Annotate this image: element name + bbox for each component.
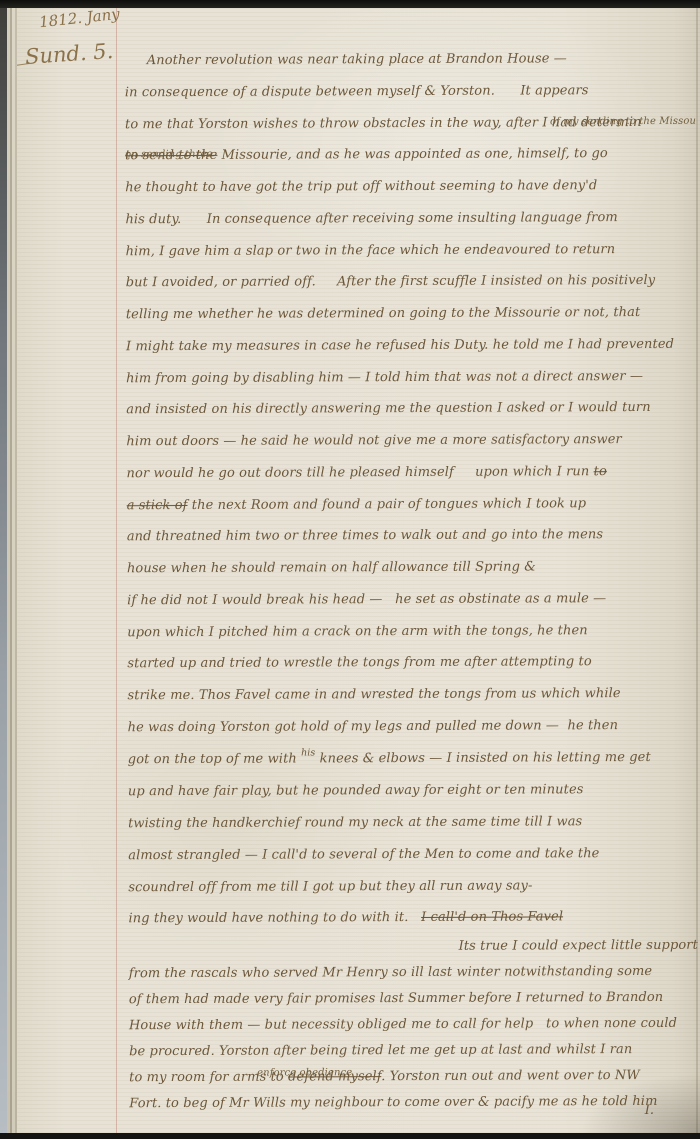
journal-line: if he did not I would break his head — h… <box>127 583 696 617</box>
journal-line: him from going by disabling him — I told… <box>126 360 695 394</box>
year-month-heading: 1812. Jany <box>38 8 120 31</box>
journal-page: 1812. Jany Sund. 5. Another revolution w… <box>17 8 700 1133</box>
journal-line: House with them — but necessity obliged … <box>129 1011 698 1039</box>
text-segment: Fort. to beg of Mr Wills my neighbour to… <box>129 1094 657 1111</box>
text-segment: Missourie, and as he was appointed as on… <box>217 146 608 163</box>
text-segment: knees & elbows — I insisted on his letti… <box>315 749 650 765</box>
journal-line: but I avoided, or parried off. After the… <box>126 265 695 299</box>
journal-line: and insisted on his directly answering m… <box>126 392 695 426</box>
journal-line: his duty. In consequence after receiving… <box>125 202 694 236</box>
text-segment: and threatned him two or three times to … <box>127 527 603 544</box>
journal-line: almost strangled — I call'd to several o… <box>128 838 697 872</box>
text-segment: he thought to have got the trip put off … <box>125 178 597 195</box>
journal-line: of them had made very fair promises last… <box>129 985 698 1013</box>
text-segment: nor would he go out doors till he please… <box>126 464 593 481</box>
journal-line: scoundrel off from me till I got up but … <box>128 869 697 903</box>
text-segment: him, I gave him a slap or two in the fac… <box>126 242 616 259</box>
journal-line: started up and tried to wrestle the tong… <box>127 646 696 680</box>
struck-text: a stick of <box>127 497 188 512</box>
text-segment: if he did not I would break his head — h… <box>127 591 606 608</box>
text-segment: House with them — but necessity obliged … <box>129 1016 677 1033</box>
journal-line: got on the top of me with his knees & el… <box>128 741 697 776</box>
text-segment: him from going by disabling him — I told… <box>126 368 643 385</box>
catchword: I. <box>645 1103 654 1118</box>
journal-line: from the rascals who served Mr Henry so … <box>129 959 698 987</box>
text-segment: upon which I pitched him a crack on the … <box>127 623 588 640</box>
entry-main-block: Another revolution was near taking place… <box>125 43 698 935</box>
text-segment: started up and tried to wrestle the tong… <box>127 654 592 671</box>
margin-rule-line <box>116 8 117 1133</box>
entry-day-label: Sund. 5. <box>24 39 114 69</box>
journal-line: to send to the Missourie, and as he was … <box>125 138 694 172</box>
text-segment: strike me. Thos Favel came in and wreste… <box>127 686 620 703</box>
journal-line: I might take my measures in case he refu… <box>126 329 695 363</box>
entry-body: Another revolution was near taking place… <box>125 43 699 1117</box>
journal-line: be procured. Yorston after being tired l… <box>129 1037 698 1065</box>
text-segment: telling me whether he was determined on … <box>126 305 641 322</box>
text-segment: of them had made very fair promises last… <box>129 990 663 1007</box>
photo-border-top <box>0 0 700 8</box>
text-segment: and insisted on his directly answering m… <box>126 400 650 417</box>
journal-line: him, I gave him a slap or two in the fac… <box>125 233 694 267</box>
text-segment: be procured. Yorston after being tired l… <box>129 1042 632 1059</box>
journal-line: up and have fair play, but he pounded aw… <box>128 774 697 808</box>
journal-line: Fort. to beg of Mr Wills my neighbour to… <box>129 1089 698 1117</box>
text-segment: in consequence of a dispute between myse… <box>125 83 589 100</box>
journal-line: ing they would have nothing to do with i… <box>128 901 697 935</box>
journal-line: telling me whether he was determined on … <box>126 297 695 331</box>
entry-footer-block: Its true I could expect little supportfr… <box>129 933 699 1117</box>
journal-line: he thought to have got the trip put off … <box>125 170 694 204</box>
text-segment: Its true I could expect little support <box>459 938 698 954</box>
journal-line: Its true I could expect little support <box>129 933 698 961</box>
journal-line: a stick of the next Room and found a pai… <box>127 487 696 521</box>
journal-line: he was doing Yorston got hold of my legs… <box>128 710 697 744</box>
text-segment: almost strangled — I call'd to several o… <box>128 846 599 863</box>
journal-line: nor would he go out doors till he please… <box>126 456 695 490</box>
text-segment: house when he should remain on half allo… <box>127 559 536 576</box>
journal-line: strike me. Thos Favel came in and wreste… <box>127 678 696 712</box>
struck-text: to <box>594 464 607 479</box>
text-segment: . Yorston run out and went over to NW <box>381 1068 640 1084</box>
text-segment: but I avoided, or parried off. After the… <box>126 273 656 290</box>
text-segment: his duty. In consequence after receiving… <box>125 210 617 227</box>
journal-line: to my room for arms to defend myself. Yo… <box>129 1063 698 1091</box>
text-segment: twisting the handkerchief round my neck … <box>128 814 582 831</box>
interlinear-insertion: on sending three <box>125 139 213 171</box>
struck-text: I call'd on Thos Favel <box>421 910 563 926</box>
journal-line: him out doors — he said he would not giv… <box>126 424 695 458</box>
interlined-word: his <box>301 737 315 769</box>
journal-line: upon which I pitched him a crack on the … <box>127 614 696 648</box>
journal-line: in consequence of a dispute between myse… <box>125 75 694 109</box>
text-segment: Another revolution was near taking place… <box>147 51 567 68</box>
journal-line: house when he should remain on half allo… <box>127 551 696 585</box>
text-segment: him out doors — he said he would not giv… <box>126 432 622 449</box>
text-segment: he was doing Yorston got hold of my legs… <box>128 718 618 735</box>
text-segment: got on the top of me with <box>128 751 301 767</box>
text-segment: scoundrel off from me till I got up but … <box>128 878 532 895</box>
book-spine <box>0 8 7 1133</box>
journal-photo: 1812. Jany Sund. 5. Another revolution w… <box>0 0 700 1139</box>
text-segment: the next Room and found a pair of tongue… <box>188 496 587 513</box>
text-segment: up and have fair play, but he pounded aw… <box>128 783 584 800</box>
journal-line: to me that Yorston wishes to throw obsta… <box>125 106 694 140</box>
interlinear-insertion: of my sending to the Missou <box>550 105 696 137</box>
journal-line: twisting the handkerchief round my neck … <box>128 806 697 840</box>
interlinear-insertion: enforce obedience <box>257 1060 352 1086</box>
journal-line: Another revolution was near taking place… <box>125 43 694 77</box>
journal-line: and threatned him two or three times to … <box>127 519 696 553</box>
text-segment: ing they would have nothing to do with i… <box>128 910 421 926</box>
photo-border-bottom <box>0 1133 700 1139</box>
text-segment: I might take my measures in case he refu… <box>126 337 674 354</box>
text-segment: from the rascals who served Mr Henry so … <box>129 964 653 981</box>
